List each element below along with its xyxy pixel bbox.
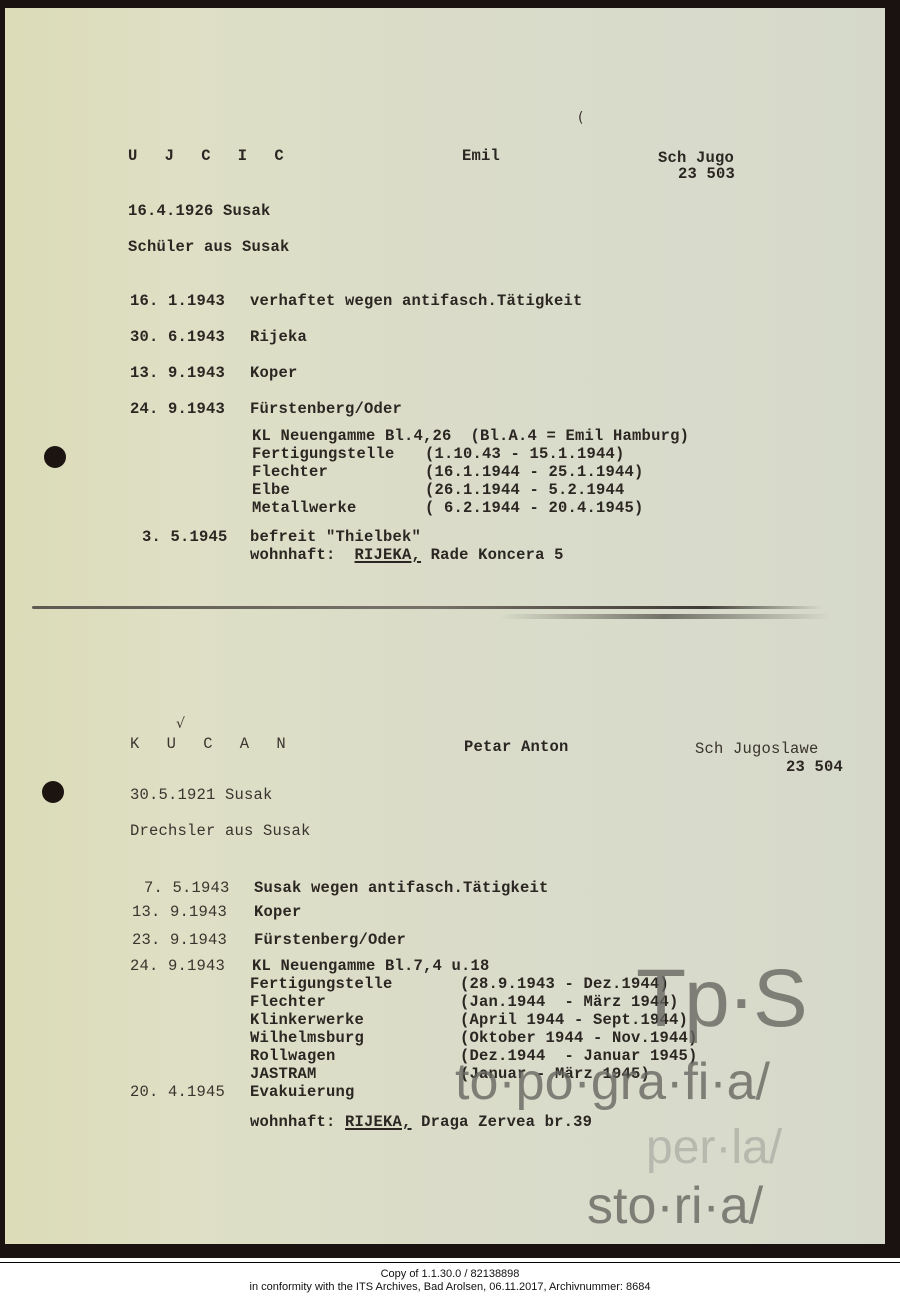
evacuation-date: 20. 4.1945 — [130, 1084, 225, 1101]
footer-divider — [0, 1262, 900, 1263]
liberation-text: befreit "Thielbek" — [250, 529, 421, 546]
surname: U J C I C — [128, 148, 293, 165]
prisoner-number: 23 503 — [678, 166, 735, 183]
event-text: KL Neuengamme Bl.7,4 u.18 — [252, 958, 490, 975]
assignment-period: ( 6.2.1944 - 20.4.1945) — [425, 500, 644, 517]
occupation: Schüler aus Susak — [128, 239, 290, 256]
residence: wohnhaft: RIJEKA, Rade Koncera 5 — [250, 547, 564, 564]
assignment-place: Wilhelmsburg — [250, 1030, 364, 1047]
card-divider-shadow — [500, 614, 830, 619]
assignment-place: Metallwerke — [252, 500, 357, 517]
assignment-place: Rollwagen — [250, 1048, 336, 1065]
footer-copy-reference: Copy of 1.1.30.0 / 82138898 — [0, 1268, 900, 1281]
residence-label: wohnhaft: — [250, 546, 336, 564]
event-date: 30. 6.1943 — [130, 329, 225, 346]
first-name: Petar Anton — [464, 739, 569, 756]
event-date: 24. 9.1943 — [130, 401, 225, 418]
assignment-place: Flechter — [252, 464, 328, 481]
event-text: Koper — [250, 365, 298, 382]
event-date: 23. 9.1943 — [132, 932, 227, 949]
event-text: Koper — [254, 904, 302, 921]
residence-city: RIJEKA, — [355, 546, 422, 564]
pen-mark: ( — [578, 110, 583, 126]
residence-street: Rade Koncera 5 — [431, 546, 564, 564]
event-text: Fürstenberg/Oder — [250, 401, 402, 418]
assignment-place: Fertigungstelle — [250, 976, 393, 993]
event-date: 24. 9.1943 — [130, 958, 225, 975]
residence-city: RIJEKA, — [345, 1113, 412, 1131]
assignment-place: JASTRAM — [250, 1066, 317, 1083]
surname: K U C A N — [130, 736, 295, 753]
assignment-place: Elbe — [252, 482, 290, 499]
event-date: 13. 9.1943 — [130, 365, 225, 382]
event-date: 16. 1.1943 — [130, 293, 225, 310]
watermark-line-3: sto·ri·a/ — [587, 1180, 763, 1232]
event-text: verhaftet wegen antifasch.Tätigkeit — [250, 293, 583, 310]
residence: wohnhaft: RIJEKA, Draga Zervea br.39 — [250, 1114, 592, 1131]
assignment-period: (16.1.1944 - 25.1.1944) — [425, 464, 644, 481]
assignment-period: (26.1.1944 - 5.2.1944 — [425, 482, 625, 499]
camp-line: KL Neuengamme Bl.4,26 (Bl.A.4 = Emil Ham… — [252, 428, 689, 445]
watermark-line-1: to·po·gra·fi·a/ — [455, 1056, 770, 1108]
evacuation-text: Evakuierung — [250, 1084, 355, 1101]
assignment-place: Fertigungstelle — [252, 446, 395, 463]
event-text: Fürstenberg/Oder — [254, 932, 406, 949]
liberation-date: 3. 5.1945 — [142, 529, 228, 546]
check-mark: √ — [176, 716, 185, 732]
punch-hole-top — [44, 446, 66, 468]
birth-info: 16.4.1926 Susak — [128, 203, 271, 220]
archive-footer: Copy of 1.1.30.0 / 82138898 in conformit… — [0, 1268, 900, 1293]
event-date: 13. 9.1943 — [132, 904, 227, 921]
event-text: Rijeka — [250, 329, 307, 346]
first-name: Emil — [462, 148, 500, 165]
assignment-period: (1.10.43 - 15.1.1944) — [425, 446, 625, 463]
punch-hole-bottom — [42, 781, 64, 803]
watermark-logo: Tp·S — [636, 958, 806, 1040]
watermark-line-2: per·la/ — [646, 1124, 782, 1172]
residence-label: wohnhaft: — [250, 1113, 336, 1131]
card-divider — [32, 606, 822, 609]
event-date: 7. 5.1943 — [144, 880, 230, 897]
birth-info: 30.5.1921 Susak — [130, 787, 273, 804]
residence-street: Draga Zervea br.39 — [421, 1113, 592, 1131]
footer-conformity-note: in conformity with the ITS Archives, Bad… — [0, 1281, 900, 1294]
event-text: Susak wegen antifasch.Tätigkeit — [254, 880, 549, 897]
prisoner-category: Sch Jugoslawe — [695, 741, 819, 758]
prisoner-number: 23 504 — [786, 759, 843, 776]
assignment-place: Klinkerwerke — [250, 1012, 364, 1029]
assignment-place: Flechter — [250, 994, 326, 1011]
occupation: Drechsler aus Susak — [130, 823, 311, 840]
